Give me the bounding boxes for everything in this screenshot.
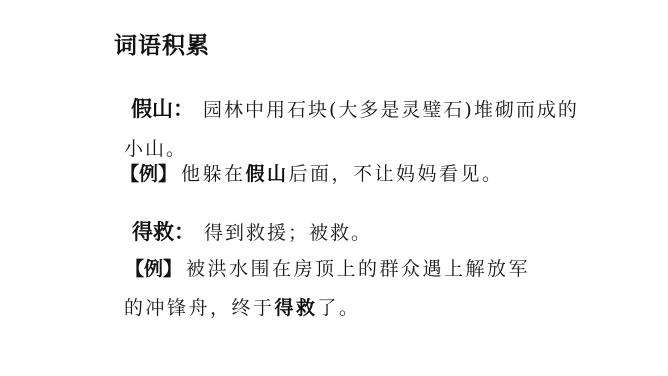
entry-jiashan-example-line: 【例】他躲在假山后面，不让妈妈看见。	[120, 159, 504, 186]
example-text: 的冲锋舟，终于	[124, 297, 275, 319]
example-text: 了。	[318, 297, 361, 319]
example-text: 他躲在	[181, 163, 246, 185]
entry-dejiu-example-line-1: 【例】被洪水围在房顶上的群众遇上解放军	[125, 254, 530, 281]
definition-text: 园林中用石块(大多是灵璧石)堆砌而成的	[203, 99, 579, 121]
definition-text: 小山。	[124, 138, 187, 160]
page-title: 词语积累	[114, 27, 210, 60]
vocabulary-slide: 词语积累 假山：园林中用石块(大多是灵璧石)堆砌而成的 小山。 【例】他躲在假山…	[0, 0, 668, 376]
definition-text: 得到救援；被救。	[204, 222, 372, 244]
example-highlight-word: 得救	[275, 297, 318, 319]
example-text: 后面，不让妈妈看见。	[289, 163, 504, 185]
entry-jiashan-definition-line-1: 假山：园林中用石块(大多是灵璧石)堆砌而成的	[131, 93, 579, 123]
entry-jiashan-definition-line-2: 小山。	[124, 134, 187, 161]
example-text: 被洪水围在房顶上的群众遇上解放军	[186, 258, 530, 280]
entry-dejiu-definition-line: 得救：得到救援；被救。	[132, 216, 372, 246]
headword-jiashan: 假山：	[131, 97, 194, 121]
example-highlight-word: 假山	[246, 163, 289, 185]
headword-dejiu: 得救：	[132, 220, 195, 244]
example-label: 【例】	[120, 163, 177, 185]
example-label: 【例】	[125, 258, 182, 280]
entry-dejiu-example-line-2: 的冲锋舟，终于得救了。	[124, 293, 361, 320]
